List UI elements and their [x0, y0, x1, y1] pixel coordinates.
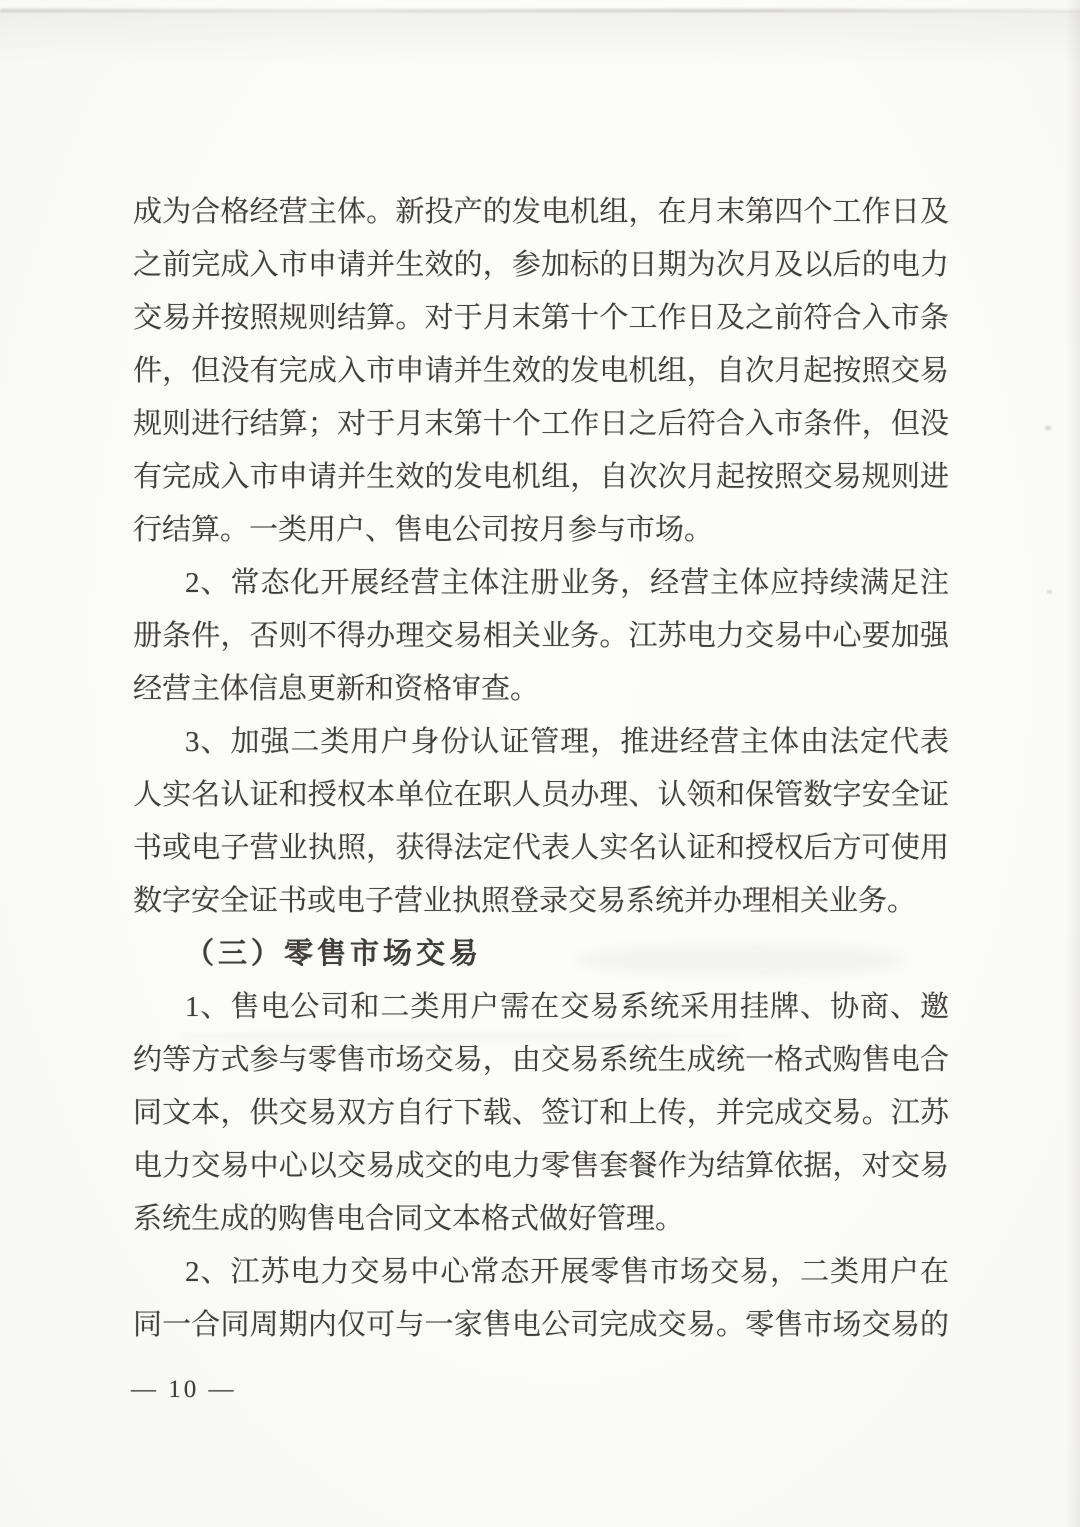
body-text-line: 成为合格经营主体。新投产的发电机组，在月末第四个工作日及 — [133, 186, 949, 239]
scanned-document-page: 成为合格经营主体。新投产的发电机组，在月末第四个工作日及 之前完成入市申请并生效… — [0, 0, 1080, 1527]
body-text-line: 件，但没有完成入市申请并生效的发电机组，自次月起按照交易 — [133, 345, 949, 398]
body-text-line: 人实名认证和授权本单位在职人员办理、认领和保管数字安全证 — [133, 769, 949, 822]
body-text-line: 经营主体信息更新和资格审查。 — [133, 663, 949, 716]
document-body: 成为合格经营主体。新投产的发电机组，在月末第四个工作日及 之前完成入市申请并生效… — [133, 186, 949, 1352]
body-text-line: 电力交易中心以交易成交的电力零售套餐作为结算依据，对交易 — [133, 1140, 949, 1193]
scan-speck — [1045, 426, 1051, 430]
body-text-line: 同文本，供交易双方自行下载、签订和上传，并完成交易。江苏 — [133, 1087, 949, 1140]
body-text-line: 系统生成的购售电合同文本格式做好管理。 — [133, 1193, 949, 1246]
scan-edge-shadow-right — [1066, 0, 1080, 1527]
page-number: — 10 — — [131, 1372, 237, 1408]
body-text-line: 2、江苏电力交易中心常态开展零售市场交易，二类用户在 — [133, 1246, 949, 1299]
body-text-line: 规则进行结算；对于月末第十个工作日之后符合入市条件，但没 — [133, 398, 949, 451]
scan-speck — [1047, 590, 1052, 594]
body-text-line: 1、售电公司和二类用户需在交易系统采用挂牌、协商、邀 — [133, 981, 949, 1034]
body-text-line: 约等方式参与零售市场交易，由交易系统生成统一格式购售电合 — [133, 1034, 949, 1087]
body-text-line: 之前完成入市申请并生效的，参加标的日期为次月及以后的电力 — [133, 239, 949, 292]
body-text-line: 2、常态化开展经营主体注册业务，经营主体应持续满足注 — [133, 557, 949, 610]
body-text-line: 行结算。一类用户、售电公司按月参与市场。 — [133, 504, 949, 557]
body-text-line: 交易并按照规则结算。对于月末第十个工作日及之前符合入市条 — [133, 292, 949, 345]
body-text-line: 书或电子营业执照，获得法定代表人实名认证和授权后方可使用 — [133, 822, 949, 875]
scan-edge-shadow — [0, 11, 1080, 66]
body-text-line: 数字安全证书或电子营业执照登录交易系统并办理相关业务。 — [133, 875, 949, 928]
section-heading-retail-market: （三）零售市场交易 — [133, 928, 949, 981]
body-text-line: 3、加强二类用户身份认证管理，推进经营主体由法定代表 — [133, 716, 949, 769]
body-text-line: 册条件，否则不得办理交易相关业务。江苏电力交易中心要加强 — [133, 610, 949, 663]
body-text-line: 有完成入市申请并生效的发电机组，自次次月起按照交易规则进 — [133, 451, 949, 504]
body-text-line: 同一合同周期内仅可与一家售电公司完成交易。零售市场交易的 — [133, 1299, 949, 1352]
